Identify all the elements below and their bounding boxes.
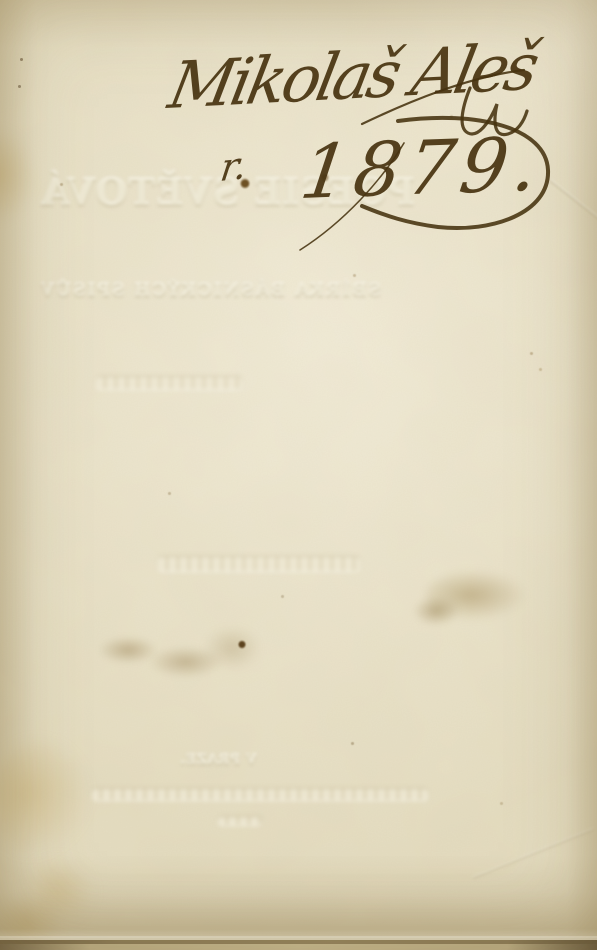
signature-year-prefix: r. [218, 143, 250, 191]
ownership-inscription: Mikolaš Aleš r. 1879. [0, 0, 597, 950]
signature-year: 1879. [295, 121, 549, 216]
book-page: POESIE SVĚTOVÁ SBÍRKA BÁSNICKÝCH SPISŮV … [0, 0, 597, 950]
signature-name: Mikolaš Aleš [162, 30, 546, 124]
